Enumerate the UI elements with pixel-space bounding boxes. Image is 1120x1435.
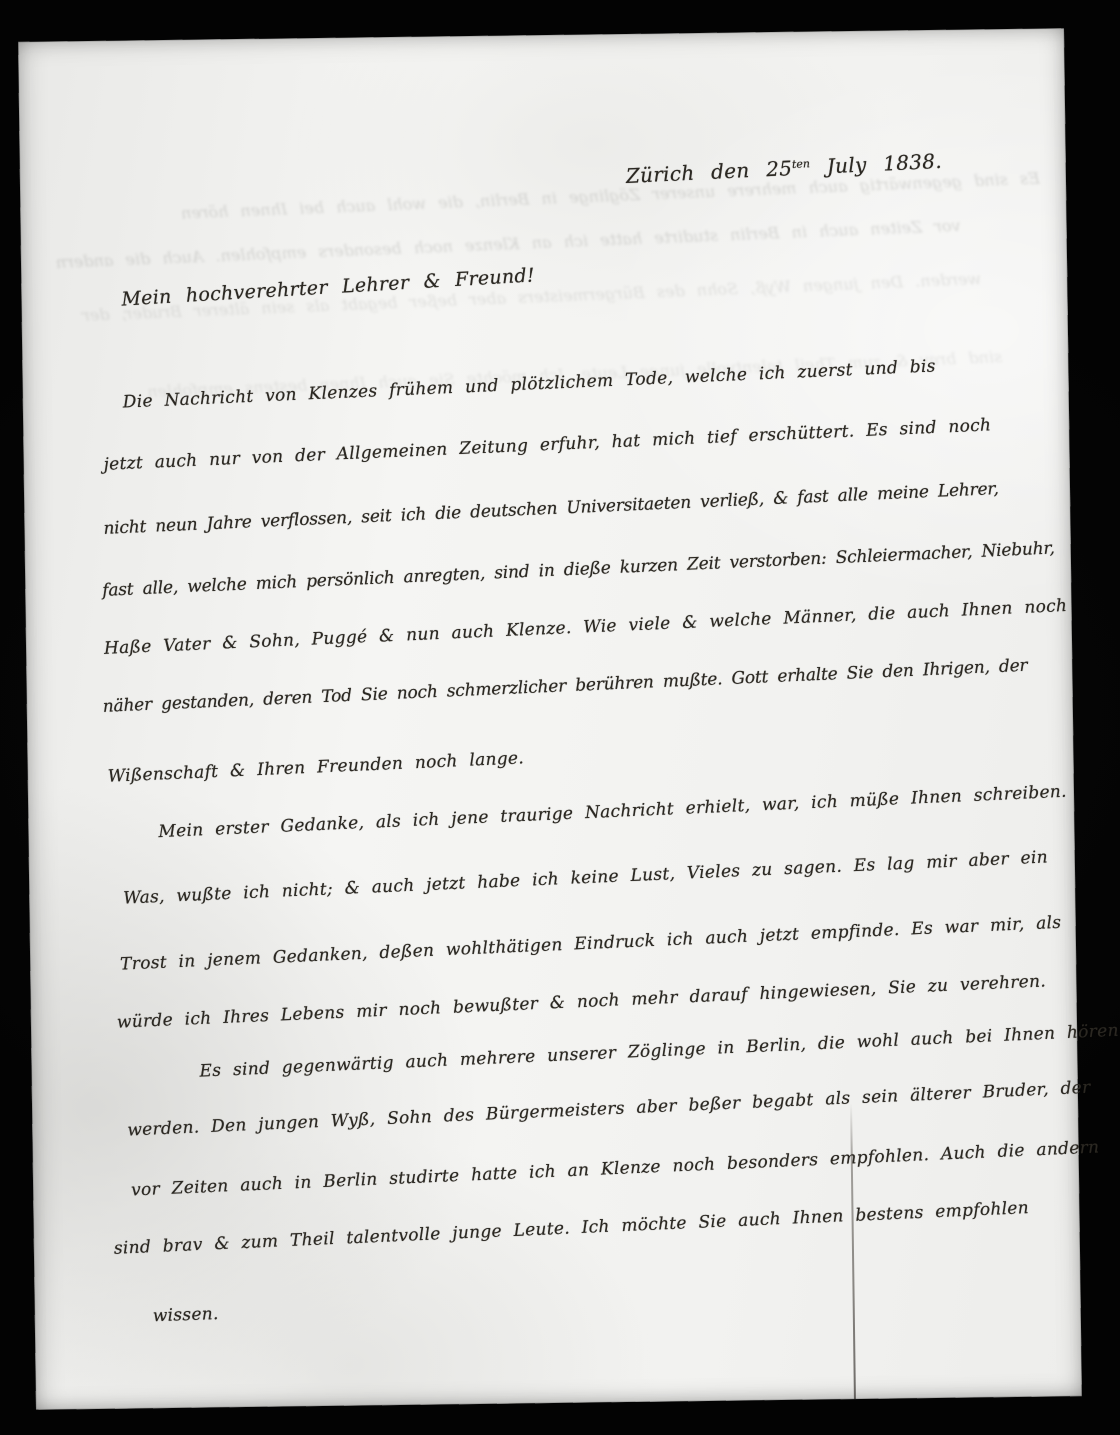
body-line: würde ich Ihres Lebens mir noch bewußter… <box>116 971 1046 1032</box>
body-line: Mein erster Gedanke, als ich jene trauri… <box>158 782 1067 842</box>
body-line: Es sind gegenwärtig auch mehrere unserer… <box>199 1021 1119 1082</box>
letter-page: Es sind gegenwärtig auch mehrere unserer… <box>18 28 1082 1410</box>
body-line: Wißenschaft & Ihren Freunden noch lange. <box>107 748 524 787</box>
body-line: näher gestanden, deren Tod Sie noch schm… <box>102 656 1027 717</box>
body-line: Trost in jenem Gedanken, deßen wohlthäti… <box>120 913 1062 975</box>
body-line: sind brav & zum Theil talentvolle junge … <box>113 1198 1029 1259</box>
scan-background: Es sind gegenwärtig auch mehrere unserer… <box>0 0 1120 1435</box>
body-line: vor Zeiten auch in Berlin studirte hatte… <box>131 1137 1100 1200</box>
dateline-ordinal: ten <box>792 157 811 171</box>
dateline-day: 25 <box>766 156 793 181</box>
body-line: fast alle, welche mich persönlich anregt… <box>102 538 1055 600</box>
body-line: Was, wußte ich nicht; & auch jetzt habe … <box>123 847 1048 908</box>
body-line: wissen. <box>152 1304 219 1326</box>
body-line: Haße Vater & Sohn, Puggé & nun auch Klen… <box>104 596 1068 659</box>
body-line: nicht neun Jahre verflossen, seit ich di… <box>103 479 999 539</box>
bleed-through-line: vor Zeiten auch in Berlin studirte hatte… <box>261 216 961 264</box>
bleed-through-line: Es sind gegenwärtig auch mehrere unserer… <box>180 169 1040 223</box>
body-line: werden. Den jungen Wyß, Sohn des Bürgerm… <box>127 1078 1091 1141</box>
